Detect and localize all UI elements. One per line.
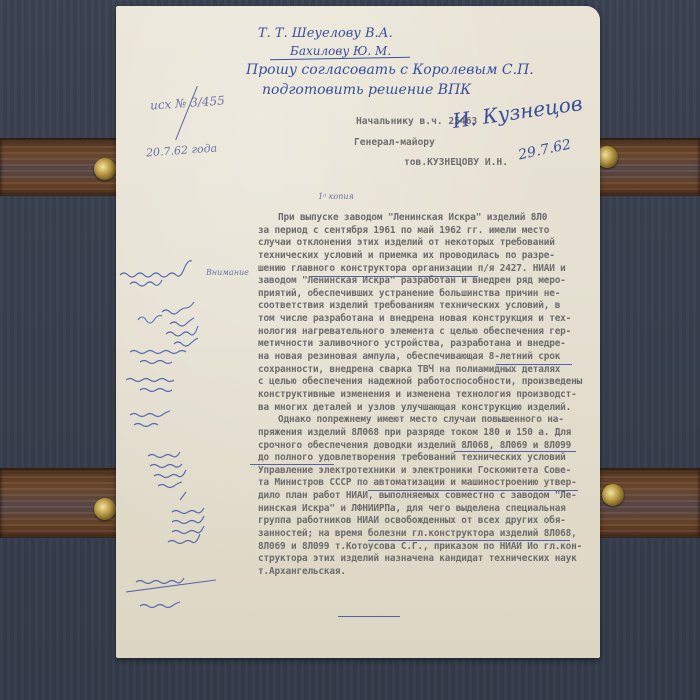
body-line: дило план работ НИАИ, выполняемых совмес… — [258, 490, 700, 503]
body-line: метичности заливочного устройства, разра… — [258, 338, 700, 351]
body-line: ва многих деталей и узлов улучшающая кон… — [258, 402, 700, 415]
body-line: технических условий и приемка их проводи… — [258, 250, 700, 263]
body-line: т.Архангельская. — [258, 566, 700, 579]
copy-note: 1ᵃ копия — [318, 192, 354, 201]
body-line: группа работников НИАИ освобожденных от … — [258, 515, 700, 528]
body-line: Однако попрежнему имеют место случаи пов… — [258, 414, 700, 427]
body-line: случаи отклонения этих изделий от некото… — [258, 237, 700, 250]
body-line: заводом "Ленинская Искра" разработан и в… — [258, 275, 700, 288]
underline — [368, 490, 578, 491]
body-line: пряжения изделий 8Л068 при разряде током… — [258, 427, 700, 440]
underline — [368, 540, 570, 541]
body-line: соответствия изделий требованиям техниче… — [258, 300, 700, 313]
underline — [310, 276, 478, 277]
body-line: с целью обеспечения надежной работоспосо… — [258, 376, 700, 389]
body-line: приятий, обеспечивших устранение большин… — [258, 288, 700, 301]
body-line: 8Л069 и 8Л099 т.Котоусова С.Г., приказом… — [258, 541, 700, 554]
underline — [454, 451, 576, 452]
body-line: нология нагревательного элемента с целью… — [258, 326, 700, 339]
body-line: на новая резиновая ампула, обеспечивающа… — [258, 351, 700, 364]
handwritten-recipient-1: Т. Т. Шеуелову В.А. — [258, 26, 393, 41]
body-line: до полного удовлетворения требований тех… — [258, 452, 700, 465]
body-line: Управление электротехники и электроники … — [258, 465, 700, 478]
addressee-line-2: Генерал-майору — [354, 137, 435, 148]
body-line: нинская Искра" и ЛФНИИРПа, для чего выде… — [258, 503, 700, 516]
underline — [250, 464, 334, 465]
body-line: шению главного конструктора организации … — [258, 263, 700, 276]
handwritten-resolution-2: подготовить решение ВПК — [262, 82, 471, 98]
margin-scribbles — [110, 220, 250, 620]
addressee-line-3: тов.КУЗНЕЦОВУ И.Н. — [404, 157, 508, 168]
body-line: за период с сентября 1961 по май 1962 гг… — [258, 225, 700, 238]
body-line: При выпуске заводом "Ленинская Искра" из… — [258, 212, 700, 225]
handwritten-recipient-2: Бахилову Ю. М. — [290, 44, 391, 58]
body-line: структора этих изделий назначена кандида… — [258, 553, 700, 566]
body-line: том числе разработана и внедрена новая к… — [258, 313, 700, 326]
handwritten-resolution-1: Прошу согласовать с Королевым С.П. — [246, 62, 534, 78]
underline — [496, 364, 572, 365]
body-line: та Министров СССР по автоматизации и маш… — [258, 477, 700, 490]
body-line: конструктивные изменения и изменена техн… — [258, 389, 700, 402]
body-line: занностей; на время болезни гл.конструкт… — [258, 528, 700, 541]
underline — [338, 616, 400, 617]
body-line: сохранности, внедрена сварка ТВЧ на поли… — [258, 364, 700, 377]
rivet-icon — [94, 158, 116, 180]
